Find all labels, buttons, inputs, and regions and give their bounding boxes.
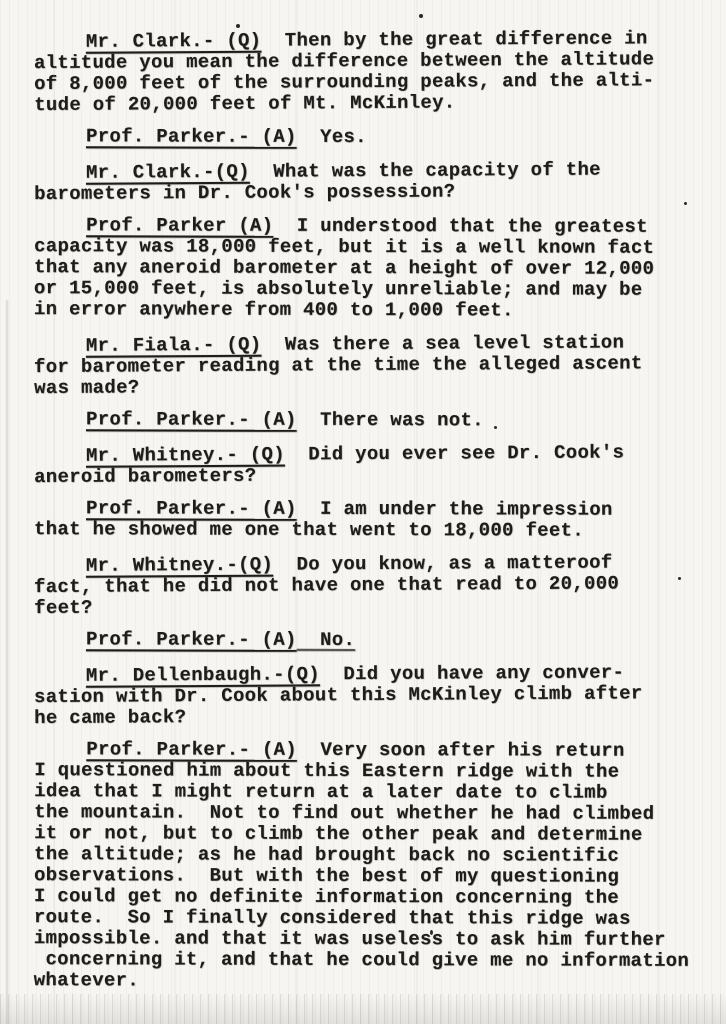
testimony-paragraph: Mr. Fiala.- (Q) Was there a sea level st… — [34, 332, 706, 399]
typed-line: Mr. Whitney.- (Q) Did you ever see Dr. C… — [34, 442, 706, 467]
transcript-body: Mr. Clark.- (Q) Then by the great differ… — [0, 0, 726, 992]
scanned-page: Mr. Clark.- (Q) Then by the great differ… — [0, 0, 726, 992]
speech-text: I am under the impression — [297, 498, 613, 521]
speaker-label: Prof. Parker.- (A) — [86, 125, 297, 148]
speaker-label: Prof. Parker.- (A) — [86, 738, 297, 761]
speaker-label: Prof. Parker.- (A) — [86, 497, 297, 520]
speech-text: Very soon after his return — [297, 739, 625, 762]
testimony-paragraph: Mr. Clark.-(Q) What was the capacity of … — [34, 159, 706, 205]
testimony-paragraph: Prof. Parker.- (A) No. — [34, 629, 706, 652]
typed-line: aneroid barometers? — [34, 463, 706, 488]
typed-line: Prof. Parker.- (A) No. — [34, 629, 706, 652]
typed-line: for barometer reading at the time the al… — [34, 353, 706, 378]
speech-text: Yes. — [297, 126, 367, 148]
testimony-paragraph: Mr. Whitney.- (Q) Did you ever see Dr. C… — [34, 442, 706, 488]
speech-text: What was the capacity of the — [250, 159, 601, 183]
speech-text: There was not. — [297, 409, 484, 431]
testimony-paragraph: Prof. Parker.- (A) Yes. — [34, 126, 706, 149]
speaker-label: Mr. Whitney.- (Q) — [86, 444, 285, 467]
testimony-paragraph: Prof. Parker.- (A) Very soon after his r… — [34, 739, 707, 993]
typed-line: that he showed me one that went to 18,00… — [34, 519, 706, 542]
speaker-label: Prof. Parker (A) — [86, 214, 273, 236]
testimony-paragraph: Prof. Parker.- (A) I am under the impres… — [34, 498, 706, 542]
speaker-label: Prof. Parker.- (A) — [86, 408, 297, 431]
testimony-paragraph: Prof. Parker.- (A) There was not. — [34, 409, 706, 432]
speaker-label: Mr. Dellenbaugh.-(Q) — [86, 663, 320, 686]
typed-line: in error anywhere from 400 to 1,000 feet… — [34, 299, 706, 322]
speech-text: Did you have any conver- — [320, 661, 624, 685]
speech-text: I understood that the greatest — [273, 215, 648, 238]
speech-text: Did you ever see Dr. Cook's — [285, 441, 624, 465]
typed-line: tude of 20,000 feet of Mt. McKinley. — [34, 91, 706, 116]
speaker-label: Mr. Clark.-(Q) — [86, 161, 250, 184]
scan-bottom-edge — [0, 994, 726, 1024]
testimony-paragraph: Mr. Dellenbaugh.-(Q) Did you have any co… — [34, 662, 706, 729]
typed-line: barometers in Dr. Cook's possession? — [34, 180, 706, 205]
testimony-paragraph: Prof. Parker (A) I understood that the g… — [34, 215, 706, 322]
typed-line: feet? — [34, 594, 706, 619]
speaker-label: Mr. Fiala.- (Q) — [86, 334, 262, 357]
typed-line: whatever. — [34, 970, 706, 993]
speaker-label: Mr. Whitney.-(Q) — [86, 554, 273, 577]
typed-line: was made? — [34, 374, 706, 399]
typed-line: Prof. Parker.- (A) There was not. — [34, 409, 706, 432]
typed-line: fact, that he did not have one that read… — [34, 573, 706, 598]
typed-line: sation with Dr. Cook about this McKinley… — [34, 683, 706, 708]
speaker-label: Mr. Clark.- (Q) — [86, 30, 262, 53]
typed-line: Prof. Parker.- (A) Yes. — [34, 126, 706, 149]
speech-text: No. — [297, 629, 356, 651]
typed-line: he came back? — [34, 704, 706, 729]
testimony-paragraph: Mr. Clark.- (Q) Then by the great differ… — [34, 28, 707, 116]
testimony-paragraph: Mr. Whitney.-(Q) Do you know, as a matte… — [34, 552, 706, 619]
speaker-label: Prof. Parker.- (A) — [86, 628, 297, 651]
